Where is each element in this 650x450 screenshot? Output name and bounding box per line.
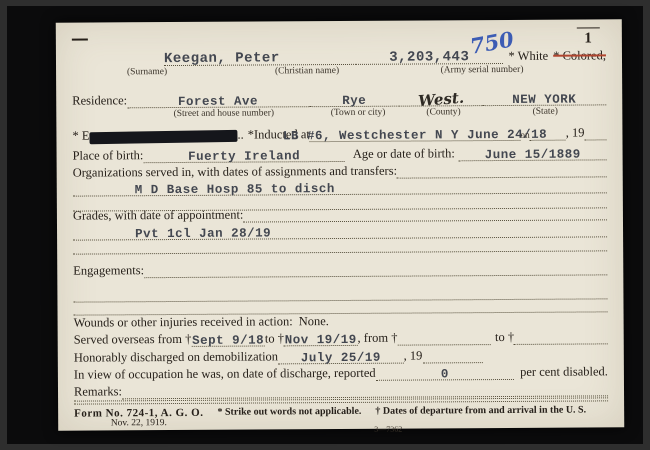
enlisted-prefix: * E xyxy=(72,129,89,144)
inducted-at-value: LB #6, Westchester N Y June 24/18 xyxy=(283,128,547,144)
street-caption: (Street and house number) xyxy=(134,108,313,119)
residence-state-value: NEW YORK xyxy=(512,93,576,107)
on-label: on xyxy=(520,131,530,141)
service-record-card: 1 750 Keegan, Peter 3,203,443 * White * … xyxy=(56,19,624,430)
overseas-to2-label: to † xyxy=(491,330,514,345)
organizations-value: M D Base Hosp 85 to disch xyxy=(135,182,335,197)
strike-note: * Strike out words not applicable. xyxy=(203,406,361,418)
county-caption: (County) xyxy=(403,107,484,117)
corner-dash-mark xyxy=(72,39,88,41)
blank-ruled-line xyxy=(73,250,607,254)
grades-value: Pvt 1cl Jan 28/19 xyxy=(135,226,271,241)
overseas-to-label: to † xyxy=(265,331,284,346)
residence-street-value: Forest Ave xyxy=(178,94,258,108)
overseas-from2-label: , from † xyxy=(357,331,397,346)
colored-label-struck: * Colored, xyxy=(548,48,606,63)
surname-caption: (Surname) xyxy=(72,67,222,78)
surname-christian-name-value: Keegan, Peter xyxy=(164,50,280,67)
remarks-label: Remarks: xyxy=(74,384,122,399)
army-serial-number-value: 3,203,443 xyxy=(389,49,469,65)
state-caption: (State) xyxy=(484,106,606,117)
christian-name-caption: (Christian name) xyxy=(222,66,392,77)
discharged-year-suffix: , 19 xyxy=(404,348,423,363)
dagger-note: † Dates of departure from and arrival in… xyxy=(361,405,586,417)
print-code: 3—7362 xyxy=(374,425,402,434)
wounds-value: None. xyxy=(293,314,329,329)
served-overseas-from-label: Served overseas from † xyxy=(74,332,192,348)
residence-town-value: Rye xyxy=(342,94,366,108)
town-caption: (Town or city) xyxy=(313,108,403,119)
induction-year-suffix: , 19 xyxy=(566,126,585,141)
army-serial-caption: (Army serial number) xyxy=(392,65,572,76)
residence-label: Residence: xyxy=(72,93,127,108)
white-label: * White xyxy=(502,49,548,64)
form-number-block: Form No. 724-1, A. G. O. Nov. 22, 1919. xyxy=(74,407,203,429)
blank-ruled-line xyxy=(73,298,607,302)
redaction-mark xyxy=(89,130,237,144)
engagements-label: Engagements: xyxy=(73,263,144,278)
